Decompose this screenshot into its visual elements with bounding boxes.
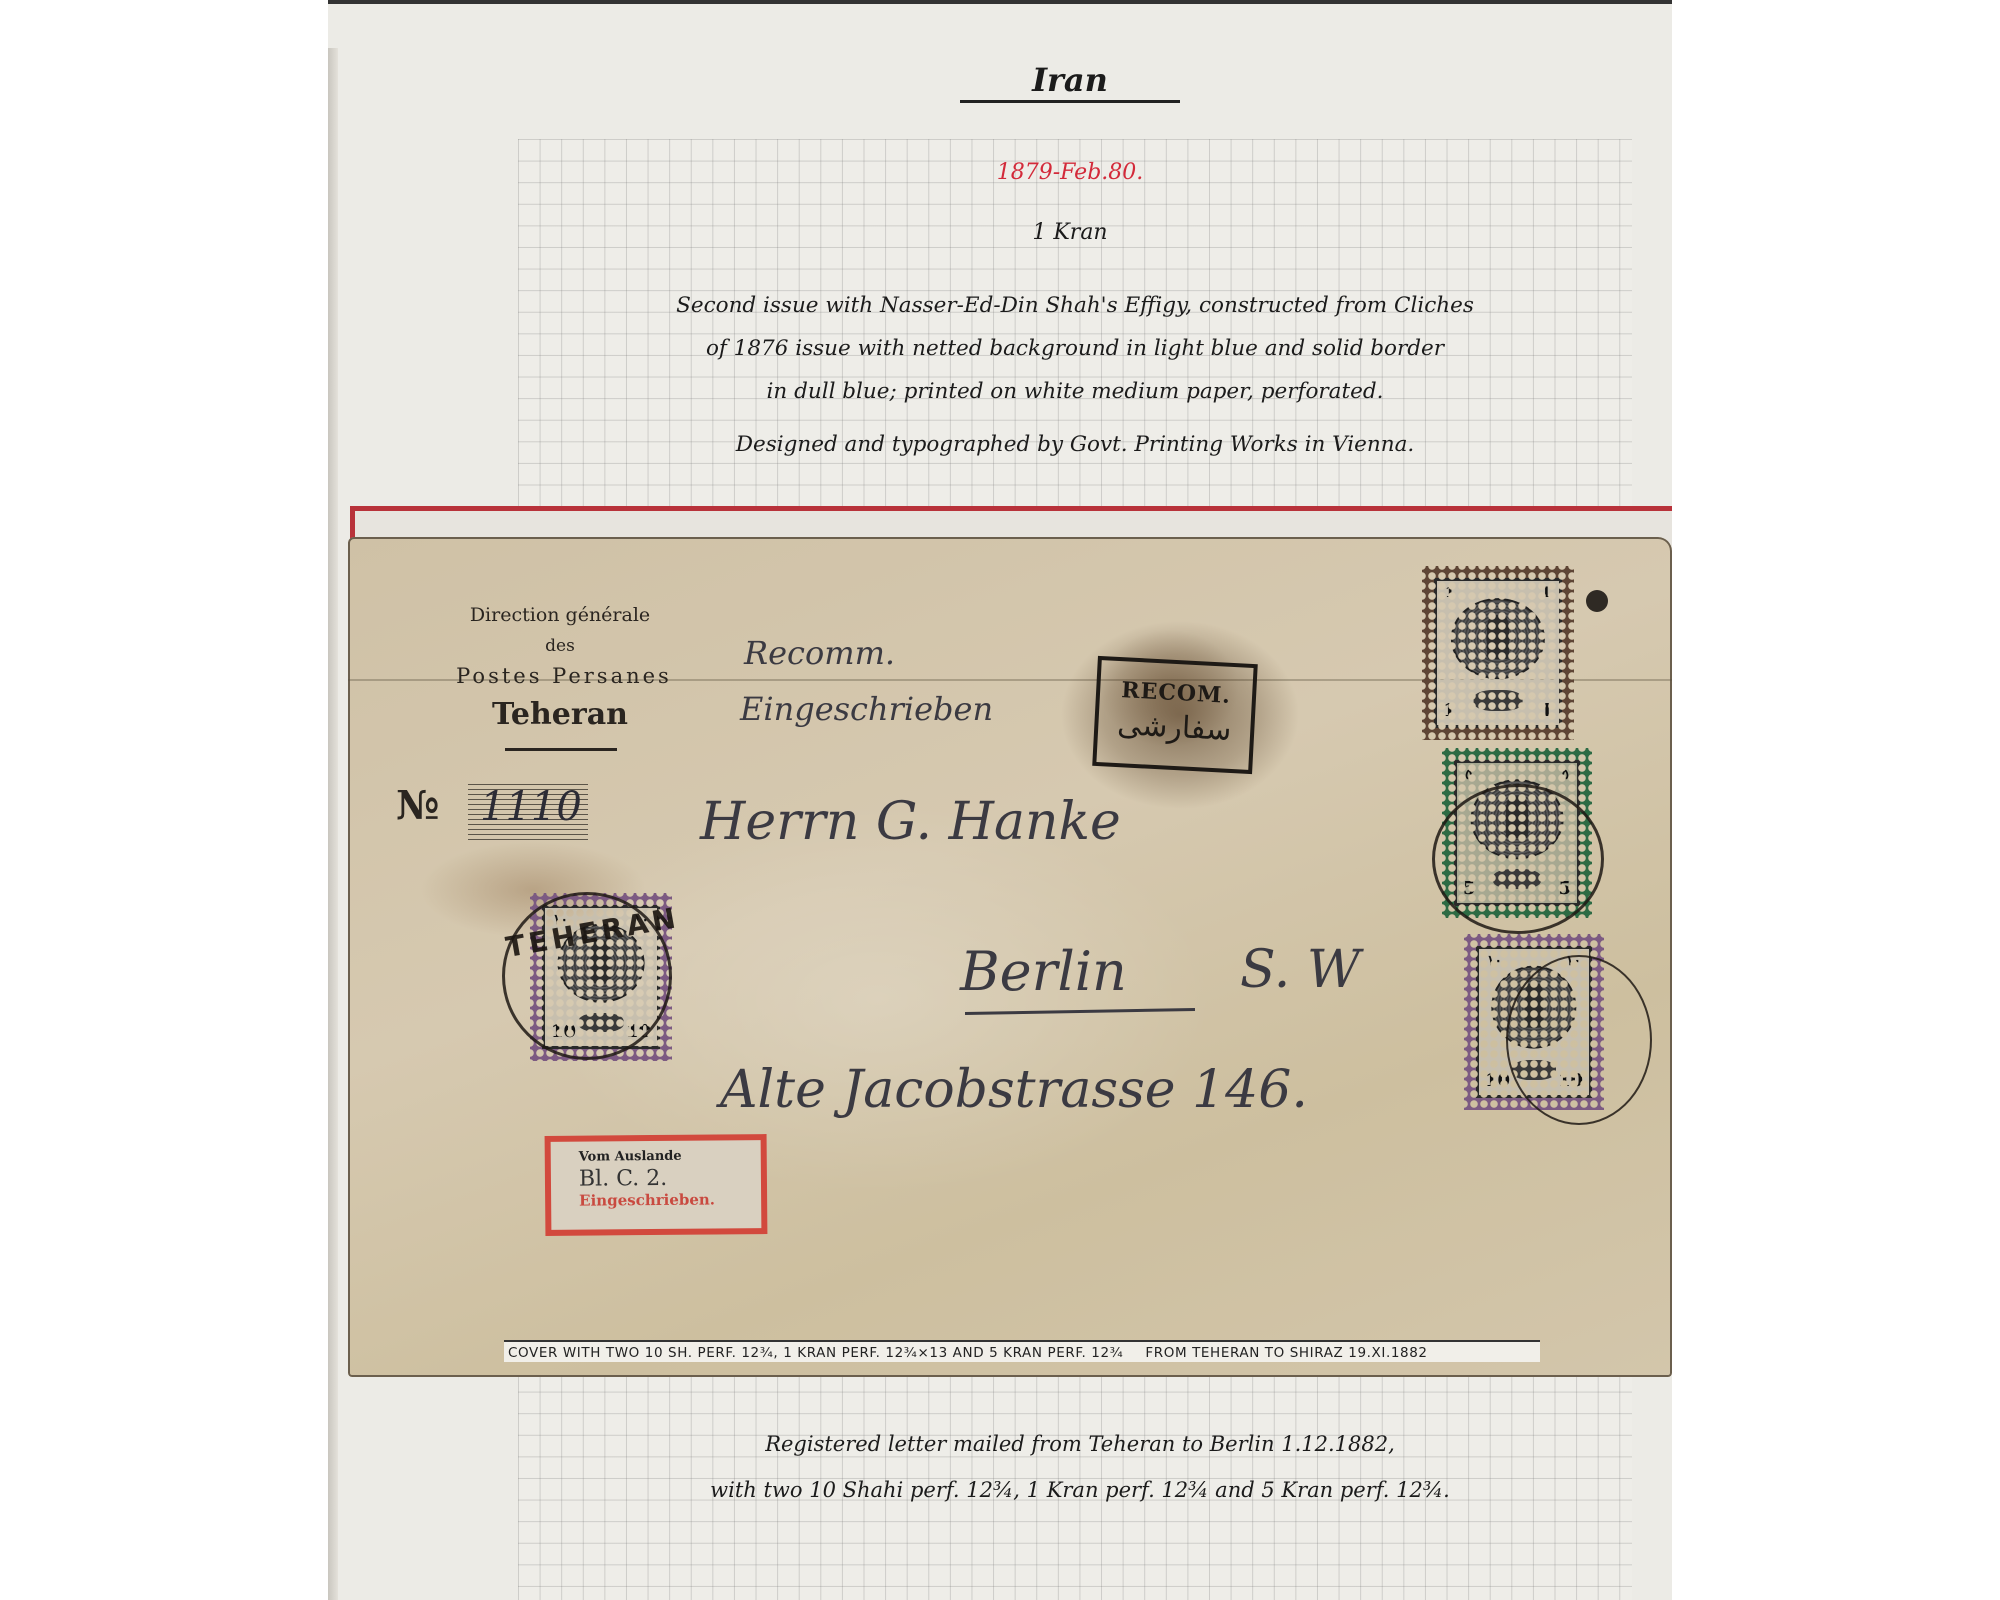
cover-caption-strip: COVER WITH TWO 10 SH. PERF. 12¾, 1 KRAN … (504, 1340, 1540, 1362)
label-line1: Vom Auslande (579, 1148, 761, 1165)
postmark-cancel (1432, 784, 1604, 934)
page-edge (328, 48, 338, 1600)
printed-header-line3: Postes Persanes (430, 664, 698, 688)
stamp-1-kran: 1 1 1 1 (1422, 566, 1574, 740)
designer-note: Designed and typographed by Govt. Printi… (540, 432, 1610, 457)
registration-handstamp: RECOM. سفارشی (1092, 656, 1258, 774)
stamp-corner-value: ١٠ (1487, 953, 1502, 969)
label-line2: Bl. C. 2. (579, 1165, 761, 1192)
printed-header-city: Teheran (430, 697, 690, 732)
postmark-cancel (1506, 955, 1652, 1125)
number-label: № (396, 782, 439, 829)
description-line: Second issue with Nasser-Ed-Din Shah's E… (540, 284, 1610, 327)
handwritten-recomm: Recomm. (744, 634, 895, 672)
page-title: Iran (960, 60, 1180, 103)
description-line: of 1876 issue with netted background in … (540, 327, 1610, 370)
issue-date: 1879-Feb.80. (880, 160, 1260, 185)
address-district: S. W (1240, 940, 1360, 1000)
stamp-corner-value: 1 (1443, 700, 1456, 721)
address-street: Alte Jacobstrasse 146. (720, 1060, 1308, 1120)
description-line: in dull blue; printed on white medium pa… (540, 370, 1610, 413)
stamp-corner-value: 1 (1445, 585, 1455, 601)
address-recipient: Herrn G. Hanke (700, 792, 1121, 852)
stamp-corner-value: 1 (1540, 700, 1553, 721)
handwritten-eingeschrieben: Eingeschrieben (740, 690, 993, 728)
caption-right: FROM TEHERAN TO SHIRAZ 19.XI.1882 (1145, 1345, 1427, 1361)
stamp-corner-value: ٥ (1465, 767, 1473, 783)
ink-spot (1586, 590, 1608, 612)
printed-header-line2: des (430, 636, 690, 656)
bottom-caption-line1: Registered letter mailed from Teheran to… (560, 1432, 1600, 1456)
stamp-corner-value: 1 (1541, 585, 1551, 601)
address-city: Berlin (960, 940, 1127, 1003)
handstamp-latin: RECOM. (1100, 676, 1253, 710)
label-line3: Eingeschrieben. (579, 1190, 761, 1210)
bottom-caption-line2: with two 10 Shahi perf. 12¾, 1 Kran perf… (560, 1478, 1600, 1502)
registration-number: 1110 (480, 784, 582, 830)
shah-portrait-icon (1451, 598, 1545, 680)
header-rule (505, 748, 617, 751)
denomination: 1 Kran (960, 220, 1180, 245)
issue-description: Second issue with Nasser-Ed-Din Shah's E… (540, 284, 1610, 413)
handstamp-arabic: سفارشی (1098, 706, 1252, 749)
printed-header-line1: Direction générale (430, 604, 690, 626)
caption-left: COVER WITH TWO 10 SH. PERF. 12¾, 1 KRAN … (508, 1345, 1123, 1361)
lion-emblem-icon (1474, 690, 1523, 710)
registration-label: Vom Auslande Bl. C. 2. Eingeschrieben. (545, 1134, 768, 1236)
stamp-corner-value: ٥ (1561, 767, 1569, 783)
teheran-postmark: TEHERAN (502, 892, 672, 1060)
stamp-corner-value: 10 (1485, 1070, 1510, 1091)
